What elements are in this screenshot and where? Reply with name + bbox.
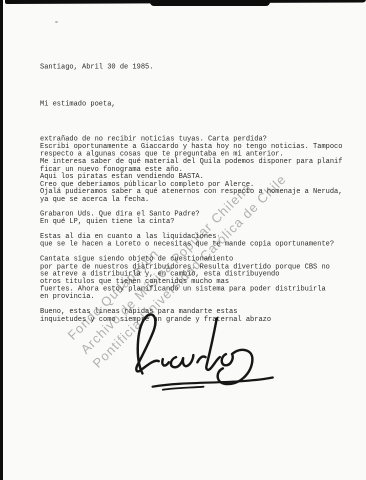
scan-edge-left (0, 0, 3, 480)
salutation: Mi estimado poeta, (40, 101, 354, 109)
date-line: Santiago, Abril 30 de 1985. (40, 64, 354, 72)
scan-edge-top-blob (150, 0, 270, 6)
signature-scrawl (118, 306, 286, 392)
letter-paragraph: Grabaron Uds. Que dira el Santo Padre? E… (40, 211, 354, 226)
scan-speck (55, 21, 58, 23)
letter-body: Santiago, Abril 30 de 1985. Mi estimado … (40, 64, 354, 331)
letter-paragraph: Estas al dia en cuanto a las liquidacion… (40, 233, 354, 248)
letter-paragraph: Cantata sigue siendo objeto de cuestiona… (40, 256, 354, 301)
letter-paragraphs: extrañado de no recibir noticias tuyas. … (40, 136, 354, 324)
scanned-letter-page: Fondo Quilapayún Archivo de Música Popul… (0, 0, 366, 480)
letter-paragraph: extrañado de no recibir noticias tuyas. … (40, 136, 354, 204)
handwritten-signature (118, 306, 286, 392)
